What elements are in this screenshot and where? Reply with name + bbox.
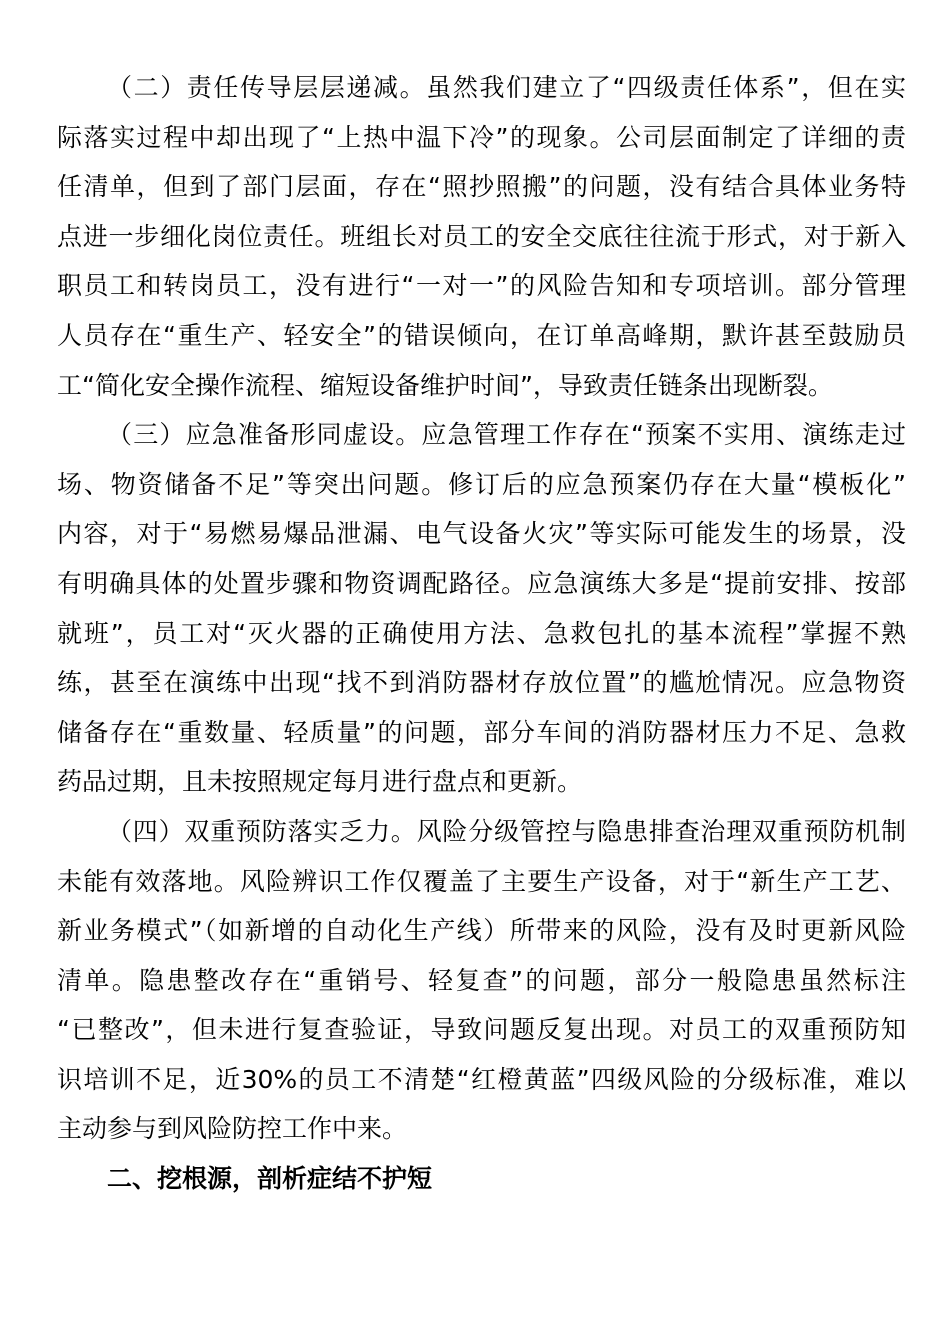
para-ii-responsibility-transmission: （二）责任传导层层递减。虽然我们建立了“四级责任体系”，但在实际落实过程中却出现… — [57, 63, 906, 410]
text-line: 储备存在“重数量、轻质量”的问题，部分车间的消防器材压力不足、急救 — [57, 708, 906, 758]
heading-section-two: 二、挖根源，剖析症结不护短 — [57, 1154, 906, 1204]
text-line: 任清单，但到了部门层面，存在“照抄照搬”的问题，没有结合具体业务特 — [57, 162, 906, 212]
document-page: （二）责任传导层层递减。虽然我们建立了“四级责任体系”，但在实际落实过程中却出现… — [0, 0, 950, 1344]
text-line: 点进一步细化岗位责任。班组长对员工的安全交底往往流于形式，对于新入 — [57, 212, 906, 262]
text-line: 职员工和转岗员工，没有进行“一对一”的风险告知和专项培训。部分管理 — [57, 261, 906, 311]
text-line: 识培训不足，近30%的员工不清楚“红橙黄蓝”四级风险的分级标准，难以 — [57, 1055, 906, 1105]
text-line: 主动参与到风险防控工作中来。 — [57, 1104, 906, 1154]
document-content: （二）责任传导层层递减。虽然我们建立了“四级责任体系”，但在实际落实过程中却出现… — [57, 63, 906, 1204]
text-line: 练，甚至在演练中出现“找不到消防器材存放位置”的尴尬情况。应急物资 — [57, 658, 906, 708]
text-line: 药品过期，且未按照规定每月进行盘点和更新。 — [57, 757, 906, 807]
text-line: “已整改”，但未进行复查验证，导致问题反复出现。对员工的双重预防知 — [57, 1005, 906, 1055]
text-line: 工“简化安全操作流程、缩短设备维护时间”，导致责任链条出现断裂。 — [57, 361, 906, 411]
para-iv-dual-prevention: （四）双重预防落实乏力。风险分级管控与隐患排查治理双重预防机制未能有效落地。风险… — [57, 807, 906, 1154]
text-line: 有明确具体的处置步骤和物资调配路径。应急演练大多是“提前安排、按部 — [57, 559, 906, 609]
text-line: 际落实过程中却出现了“上热中温下冷”的现象。公司层面制定了详细的责 — [57, 113, 906, 163]
text-line: 未能有效落地。风险辨识工作仅覆盖了主要生产设备，对于“新生产工艺、 — [57, 857, 906, 907]
heading-line: 二、挖根源，剖析症结不护短 — [57, 1154, 906, 1204]
text-line: 就班”，员工对“灭火器的正确使用方法、急救包扎的基本流程”掌握不熟 — [57, 609, 906, 659]
text-line: （四）双重预防落实乏力。风险分级管控与隐患排查治理双重预防机制 — [57, 807, 906, 857]
text-line: 场、物资储备不足”等突出问题。修订后的应急预案仍存在大量“模板化” — [57, 460, 906, 510]
text-line: 内容，对于“易燃易爆品泄漏、电气设备火灾”等实际可能发生的场景，没 — [57, 509, 906, 559]
text-line: 人员存在“重生产、轻安全”的错误倾向，在订单高峰期，默许甚至鼓励员 — [57, 311, 906, 361]
text-line: （二）责任传导层层递减。虽然我们建立了“四级责任体系”，但在实 — [57, 63, 906, 113]
text-line: （三）应急准备形同虚设。应急管理工作存在“预案不实用、演练走过 — [57, 410, 906, 460]
para-iii-emergency-preparedness: （三）应急准备形同虚设。应急管理工作存在“预案不实用、演练走过场、物资储备不足”… — [57, 410, 906, 807]
text-line: 清单。隐患整改存在“重销号、轻复查”的问题，部分一般隐患虽然标注 — [57, 956, 906, 1006]
text-line: 新业务模式”（如新增的自动化生产线）所带来的风险，没有及时更新风险 — [57, 906, 906, 956]
